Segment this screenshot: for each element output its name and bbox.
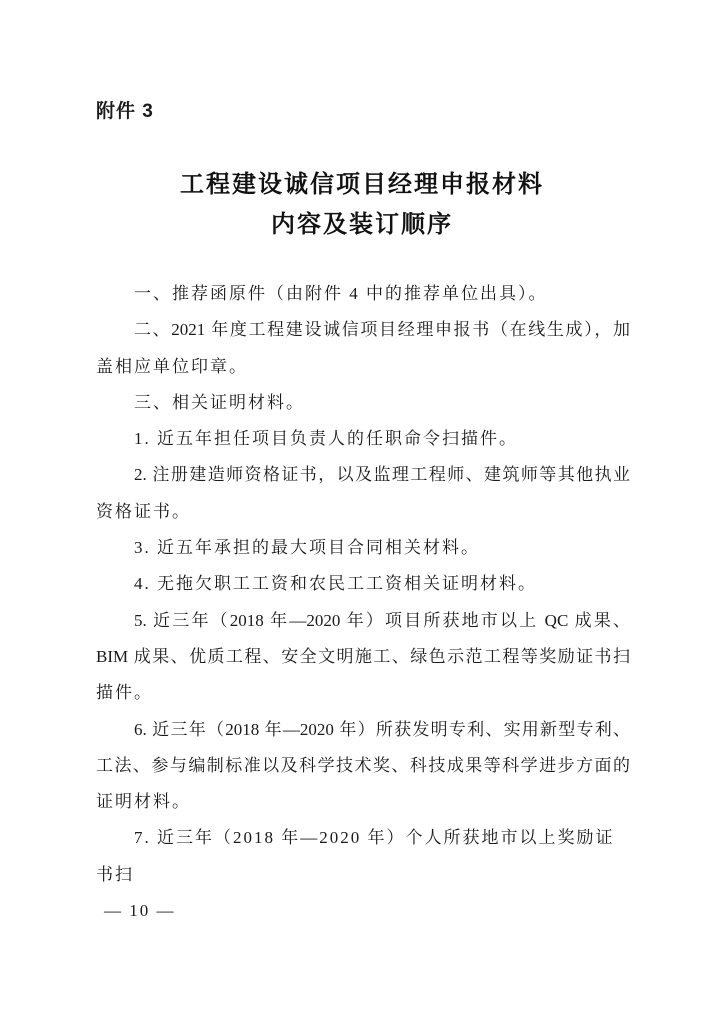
title-line-2: 内容及装订顺序	[0, 205, 724, 245]
title-line-1: 工程建设诚信项目经理申报材料	[0, 165, 724, 205]
body-line: 1. 近五年担任项目负责人的任职命令扫描件。	[96, 421, 630, 457]
body-line: 描件。	[96, 675, 630, 711]
body-line: 盖相应单位印章。	[96, 349, 630, 385]
body-line: 三、相关证明材料。	[96, 385, 630, 421]
body-line: 工法、参与编制标准以及科学技术奖、科技成果等科学进步方面的	[96, 748, 630, 784]
attachment-label: 附件 3	[96, 99, 154, 125]
page-number: — 10 —	[104, 899, 176, 923]
body-line: 二、2021 年度工程建设诚信项目经理申报书（在线生成），加	[96, 312, 630, 348]
document-body: 一、推荐函原件（由附件 4 中的推荐单位出具）。二、2021 年度工程建设诚信项…	[96, 276, 630, 857]
body-line: 资格证书。	[96, 494, 630, 530]
body-line: 一、推荐函原件（由附件 4 中的推荐单位出具）。	[96, 276, 630, 312]
body-line: 4. 无拖欠职工工资和农民工工资相关证明材料。	[96, 566, 630, 602]
body-line: BIM 成果、优质工程、安全文明施工、绿色示范工程等奖励证书扫	[96, 639, 630, 675]
document-page: 附件 3 工程建设诚信项目经理申报材料 内容及装订顺序 一、推荐函原件（由附件 …	[0, 0, 724, 1024]
body-line: 6. 近三年（2018 年—2020 年）所获发明专利、实用新型专利、	[96, 712, 630, 748]
document-title: 工程建设诚信项目经理申报材料 内容及装订顺序	[0, 165, 724, 245]
body-line: 7. 近三年（2018 年—2020 年）个人所获地市以上奖励证书扫	[96, 820, 630, 856]
body-line: 5. 近三年（2018 年—2020 年）项目所获地市以上 QC 成果、	[96, 603, 630, 639]
body-line: 证明材料。	[96, 784, 630, 820]
body-line: 3. 近五年承担的最大项目合同相关材料。	[96, 530, 630, 566]
body-line: 2. 注册建造师资格证书，以及监理工程师、建筑师等其他执业	[96, 457, 630, 493]
